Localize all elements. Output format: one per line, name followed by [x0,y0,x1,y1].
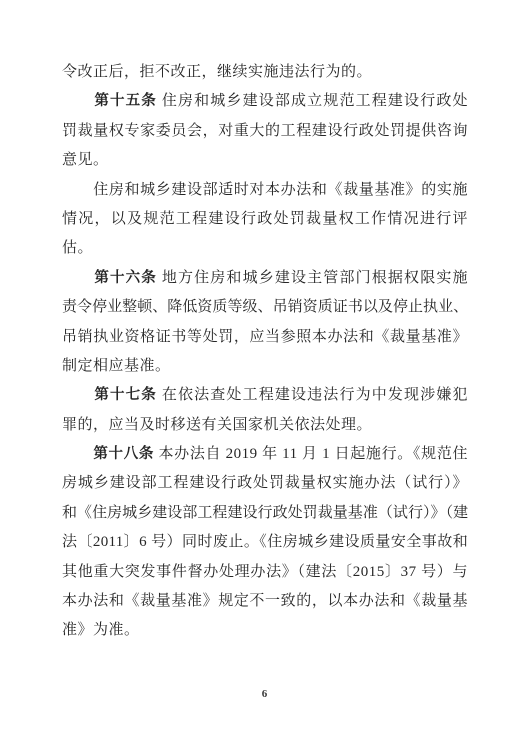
text-segment [62,93,94,109]
text-segment: 和《住房城乡建设部工程建设行政处罚裁量基准（试行）》（建 [62,505,468,521]
text-segment [62,270,94,286]
text-line: 第十七条 在依法查处工程建设违法行为中发现涉嫌犯 [62,381,468,410]
text-line: 制定相应基准。 [62,352,468,381]
text-line: 法〔2011〕6 号）同时废止。《住房城乡建设质量安全事故和 [62,528,468,557]
text-segment: 罚裁量权专家委员会，对重大的工程建设行政处罚提供咨询 [62,123,468,139]
article-number: 第十七条 [94,387,157,403]
text-line: 意见。 [62,146,468,175]
text-segment: 罪的，应当及时移送有关国家机关依法处理。 [62,417,372,433]
text-segment: 法〔2011〕6 号）同时废止。《住房城乡建设质量安全事故和 [62,534,468,550]
text-segment: 地方住房和城乡建设主管部门根据权限实施 [157,270,468,286]
article-number: 第十八条 [93,446,154,462]
text-line: 其他重大突发事件督办处理办法》（建法〔2015〕37 号）与 [62,558,468,587]
text-segment: 在依法查处工程建设违法行为中发现涉嫌犯 [157,387,468,403]
text-line: 房城乡建设部工程建设行政处罚裁量权实施办法（试行）》 [62,469,468,498]
text-line: 情况，以及规范工程建设行政处罚裁量权工作情况进行评 [62,205,468,234]
text-segment: 令改正后，拒不改正，继续实施违法行为的。 [62,64,372,80]
text-segment: 情况，以及规范工程建设行政处罚裁量权工作情况进行评 [62,211,468,227]
text-segment: 意见。 [62,152,109,168]
article-number: 第十六条 [94,270,157,286]
text-segment: 责令停业整顿、降低资质等级、吊销资质证书以及停止执业、 [62,299,468,315]
text-line: 住房和城乡建设部适时对本办法和《裁量基准》的实施 [62,176,468,205]
text-line: 第十六条 地方住房和城乡建设主管部门根据权限实施 [62,264,468,293]
document-page: 令改正后，拒不改正，继续实施违法行为的。 第十五条 住房和城乡建设部成立规范工程… [0,0,529,748]
text-segment: 吊销执业资格证书等处罚，应当参照本办法和《裁量基准》 [62,329,468,345]
text-line: 本办法和《裁量基准》规定不一致的，以本办法和《裁量基 [62,587,468,616]
text-line: 罪的，应当及时移送有关国家机关依法处理。 [62,411,468,440]
text-segment: 住房和城乡建设部成立规范工程建设行政处 [157,93,468,109]
article-number: 第十五条 [94,93,157,109]
text-line: 令改正后，拒不改正，继续实施违法行为的。 [62,58,468,87]
text-segment [62,446,93,462]
text-line: 估。 [62,234,468,263]
text-line: 第十八条 本办法自 2019 年 11 月 1 日起施行。《规范住 [62,440,468,469]
page-number: 6 [0,688,529,700]
text-segment: 制定相应基准。 [62,358,171,374]
text-line: 责令停业整顿、降低资质等级、吊销资质证书以及停止执业、 [62,293,468,322]
text-segment: 估。 [62,240,93,256]
text-segment: 本办法和《裁量基准》规定不一致的，以本办法和《裁量基 [62,593,468,609]
text-segment [62,387,94,403]
text-line: 准》为准。 [62,616,468,645]
text-segment: 准》为准。 [62,622,140,638]
text-segment: 房城乡建设部工程建设行政处罚裁量权实施办法（试行）》 [62,475,468,491]
text-segment: 本办法自 2019 年 11 月 1 日起施行。《规范住 [154,446,468,462]
text-line: 和《住房城乡建设部工程建设行政处罚裁量基准（试行）》（建 [62,499,468,528]
text-line: 吊销执业资格证书等处罚，应当参照本办法和《裁量基准》 [62,323,468,352]
text-segment: 其他重大突发事件督办处理办法》（建法〔2015〕37 号）与 [62,564,468,580]
text-line: 罚裁量权专家委员会，对重大的工程建设行政处罚提供咨询 [62,117,468,146]
text-line: 第十五条 住房和城乡建设部成立规范工程建设行政处 [62,87,468,116]
document-body: 令改正后，拒不改正，继续实施违法行为的。 第十五条 住房和城乡建设部成立规范工程… [62,58,468,646]
text-segment: 住房和城乡建设部适时对本办法和《裁量基准》的实施 [62,182,468,198]
